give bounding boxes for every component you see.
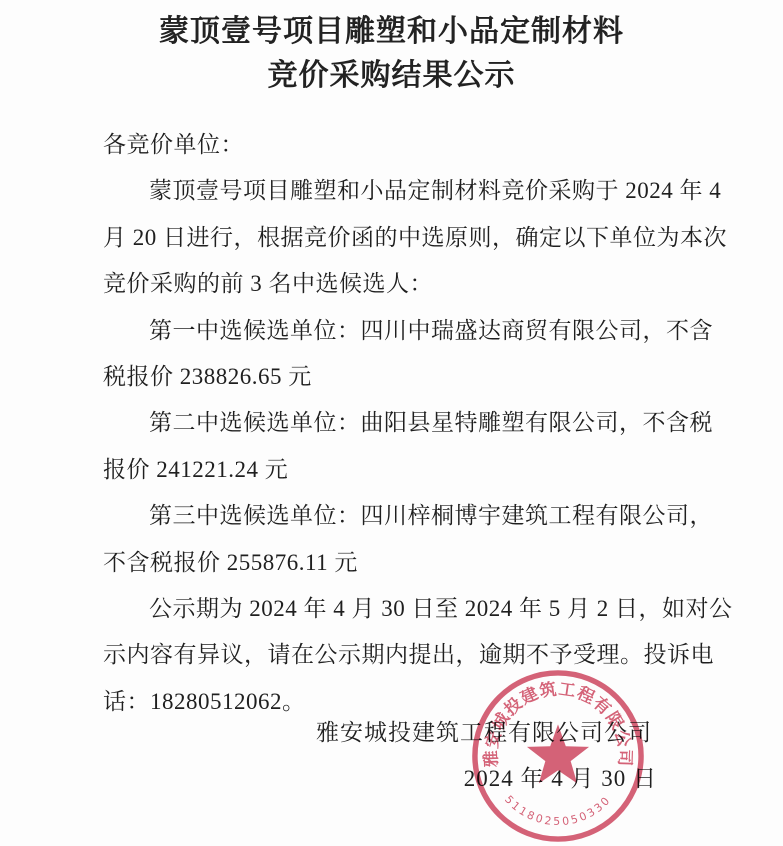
body-line: 第三中选候选单位：四川梓桐博宇建筑工程有限公司， [103,493,689,539]
document-title: 蒙顶壹号项目雕塑和小品定制材料 竞价采购结果公示 [0,0,783,98]
body-line: 第一中选候选单位：四川中瑞盛达商贸有限公司，不含 [103,308,689,354]
body-line: 第二中选候选单位：曲阳县星特雕塑有限公司，不含税 [103,400,689,446]
signature-date: 2024 年 4 月 30 日 [0,760,657,798]
signature-company: 雅安城投建筑工程有限公司公司 [0,714,652,752]
body-line: 公示期为 2024 年 4 月 30 日至 2024 年 5 月 2 日，如对公 [103,586,689,632]
seal-serial-number: 5118025050330 [502,793,614,828]
body-line: 竞价采购的前 3 名中选候选人： [103,261,689,307]
body-line: 税报价 238826.65 元 [103,354,689,400]
body-line: 示内容有异议，请在公示期内提出，逾期不予受理。投诉电 [103,632,689,678]
title-line-1: 蒙顶壹号项目雕塑和小品定制材料 [0,10,783,54]
body-line: 蒙顶壹号项目雕塑和小品定制材料竞价采购于 2024 年 4 [103,168,689,214]
body-line: 各竞价单位： [103,122,689,168]
body-line: 月 20 日进行，根据竞价函的中选原则，确定以下单位为本次 [103,215,689,261]
body-lines: 各竞价单位：蒙顶壹号项目雕塑和小品定制材料竞价采购于 2024 年 4月 20 … [103,122,689,725]
document-page: 蒙顶壹号项目雕塑和小品定制材料 竞价采购结果公示 各竞价单位：蒙顶壹号项目雕塑和… [0,0,783,846]
body-line: 报价 241221.24 元 [103,447,689,493]
title-line-2: 竞价采购结果公示 [0,54,783,98]
body-line: 不含税报价 255876.11 元 [103,540,689,586]
